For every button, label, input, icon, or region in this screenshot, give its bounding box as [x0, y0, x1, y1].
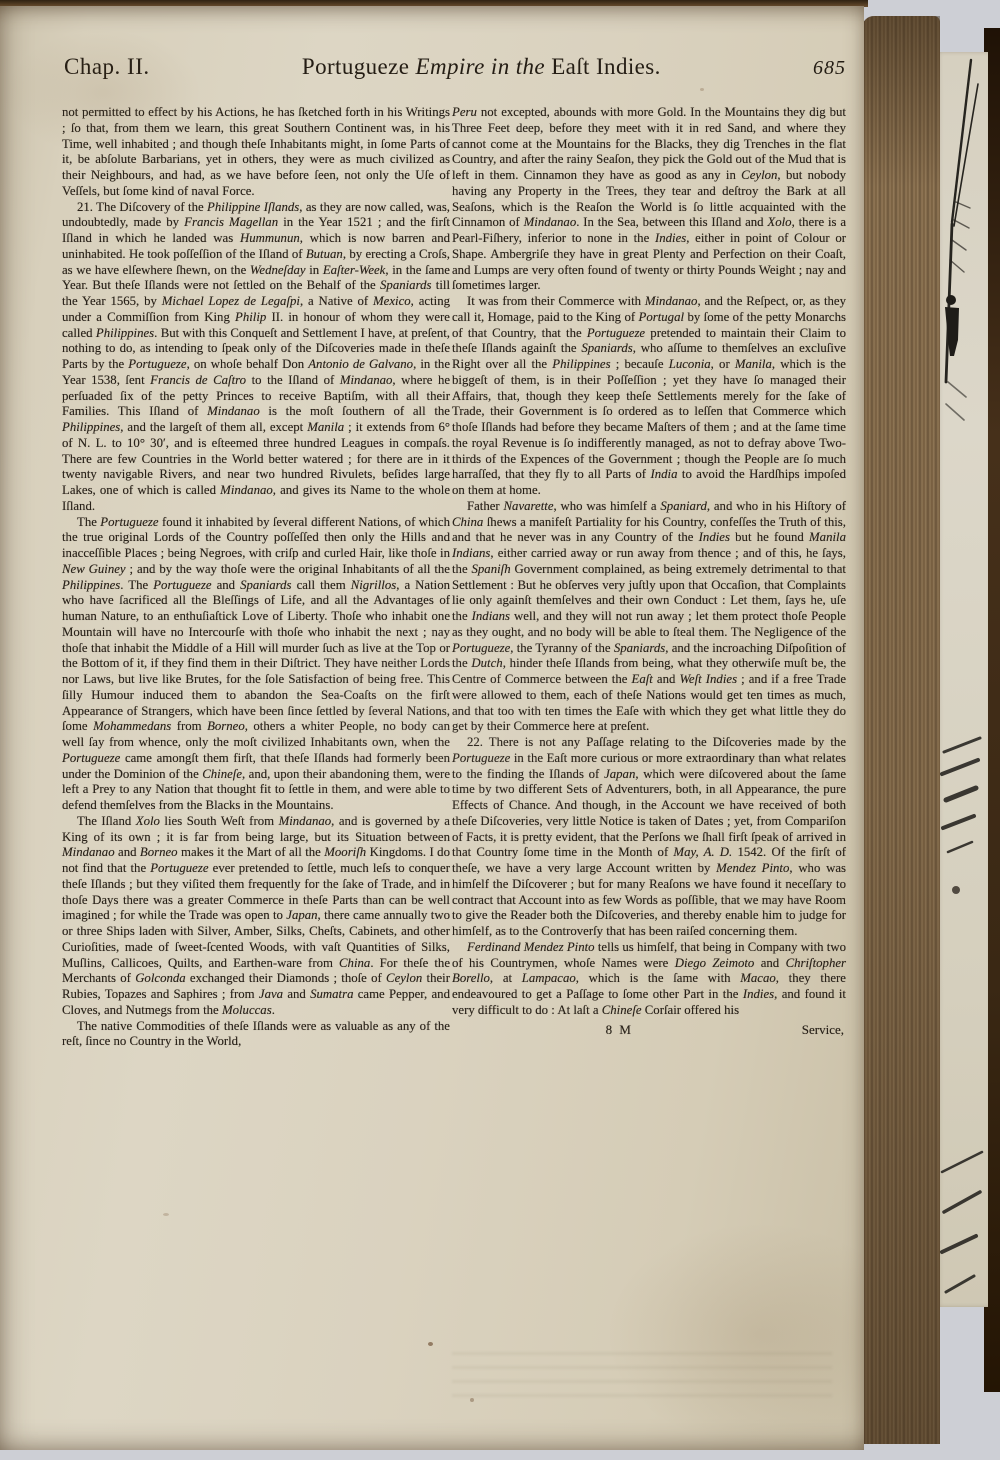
body-text: . In the Sea, between this Iſland and: [576, 215, 767, 229]
italic-text: Japan: [286, 908, 317, 922]
body-text: , or: [711, 357, 735, 371]
italic-text: Mindanao: [220, 483, 273, 497]
page-title-roman: Portugueze: [302, 54, 416, 79]
body-text: , which is the ſame with: [576, 971, 740, 985]
italic-text: Mindanao: [207, 404, 260, 418]
paragraph: The Iſland Xolo lies South Weſt from Min…: [62, 814, 450, 1019]
paragraph: not permitted to effect by his Actions, …: [62, 105, 450, 200]
italic-text: Ferdinand Mendez Pinto: [467, 940, 595, 954]
italic-text: Eaſter-Week: [323, 263, 386, 277]
book-page: Chap. II. Portugueze Empire in the Eaſt …: [0, 6, 864, 1450]
body-text: , who was himſelf a: [554, 499, 661, 513]
body-text: Father: [467, 499, 504, 513]
body-text: but he found: [730, 530, 809, 544]
italic-text: Portugueze: [150, 861, 208, 875]
engraving-sketch: [936, 52, 988, 1307]
italic-text: Spaniſh: [472, 562, 511, 576]
italic-text: Portugueze: [128, 357, 186, 371]
body-text: ; becauſe: [611, 357, 669, 371]
hatching-marks: [942, 738, 982, 1292]
italic-text: Philippines: [96, 326, 154, 340]
italic-text: Philippines: [62, 578, 120, 592]
italic-text: Weſt Indies: [679, 672, 737, 686]
body-text: , the Tyranny of the: [510, 641, 614, 655]
fore-edge-page-stack: [862, 16, 940, 1444]
italic-text: May, A. D.: [673, 845, 732, 859]
text-column-right: Peru not excepted, abounds with more Gol…: [452, 105, 846, 1042]
body-text: in: [306, 263, 323, 277]
italic-text: Portugueze: [587, 326, 645, 340]
italic-text: Moluccas: [222, 1003, 272, 1017]
italic-text: Golconda: [135, 971, 185, 985]
body-text: The: [77, 515, 100, 529]
paragraph: Peru not excepted, abounds with more Gol…: [452, 105, 846, 294]
italic-text: Luconia: [669, 357, 711, 371]
body-text: lies South Weſt from: [160, 814, 279, 828]
italic-text: Francis Magellan: [184, 215, 278, 229]
italic-text: Mendez Pinto: [716, 861, 789, 875]
body-text: and: [653, 672, 680, 686]
body-text: not permitted to effect by his Actions, …: [62, 105, 450, 198]
folded-plate-engraving: [936, 52, 988, 1307]
paragraph: Ferdinand Mendez Pinto tells us himſelf,…: [452, 940, 846, 1019]
paragraph: Father Navarette, who was himſelf a Span…: [452, 499, 846, 735]
italic-text: Mohammedans: [93, 719, 171, 733]
body-text: .: [272, 1003, 275, 1017]
body-text: , a Native of: [300, 294, 373, 308]
italic-text: Philippine Iſlands: [207, 200, 299, 214]
body-text: and: [212, 578, 241, 592]
running-header: Chap. II. Portugueze Empire in the Eaſt …: [64, 54, 846, 80]
italic-text: Spaniards: [380, 278, 431, 292]
italic-text: Portugueze: [452, 641, 510, 655]
italic-text: Mindanao: [645, 294, 698, 308]
italic-text: Mooriſh: [324, 845, 366, 859]
italic-text: Eaſt: [632, 672, 653, 686]
italic-text: Borneo: [207, 719, 245, 733]
italic-text: New Guiney: [62, 562, 126, 576]
body-text: and: [283, 987, 310, 1001]
italic-text: Portugal: [639, 310, 685, 324]
photographed-book: Chap. II. Portugueze Empire in the Eaſt …: [0, 0, 1000, 1460]
paragraph: The native Commodities of theſe Iſlands …: [62, 1019, 450, 1051]
italic-text: Indies: [699, 530, 730, 544]
italic-text: Butuan: [306, 247, 343, 261]
italic-text: Chineſe: [202, 767, 242, 781]
body-text: , and who in his Hiſtory of: [707, 499, 846, 513]
body-text: , on whoſe behalf Don: [187, 357, 309, 371]
body-text: Corſair offered his: [642, 1003, 740, 1017]
body-text: and: [754, 956, 785, 970]
body-text: to the Iſland of: [246, 373, 340, 387]
italic-text: Diego Zeimoto: [675, 956, 755, 970]
italic-text: Mexico: [373, 294, 411, 308]
italic-text: Spaniards: [240, 578, 291, 592]
italic-text: Portugueze: [153, 578, 211, 592]
italic-text: Java: [259, 987, 283, 1001]
italic-text: Ceylon: [386, 971, 422, 985]
body-text: The native Commodities of theſe Iſlands …: [62, 1019, 450, 1049]
italic-text: Borneo: [140, 845, 178, 859]
paragraph: It was from their Commerce with Mindanao…: [452, 294, 846, 499]
italic-text: Indies: [655, 231, 686, 245]
body-text: 21. The Diſcovery of the: [77, 200, 207, 214]
italic-text: Indians: [472, 609, 510, 623]
body-text: exchanged their Diamonds ; thoſe of: [186, 971, 386, 985]
page-title-roman-2: Eaſt Indies.: [551, 54, 661, 79]
italic-text: Portugueze: [62, 751, 120, 765]
italic-text: China: [339, 956, 370, 970]
chapter-label: Chap. II.: [64, 54, 150, 80]
italic-text: Chineſe: [602, 1003, 642, 1017]
body-text: , a Nation who have ſacrificed all the B…: [62, 578, 450, 734]
italic-text: Indies: [743, 987, 774, 1001]
page-title-italic: Empire in the: [416, 54, 552, 79]
italic-text: Dutch: [471, 656, 502, 670]
text-column-left: not permitted to effect by his Actions, …: [62, 105, 450, 1050]
body-text: , at: [490, 971, 522, 985]
page-number: 685: [813, 57, 846, 80]
paragraph: 21. The Diſcovery of the Philippine Iſla…: [62, 200, 450, 515]
italic-text: Lampacao: [522, 971, 576, 985]
body-text: 22. There is not any Paſſage relating to…: [467, 735, 846, 749]
body-text: ; and by the way thoſe were the original…: [126, 562, 450, 576]
italic-text: Spaniards: [581, 341, 632, 355]
italic-text: Xolo: [767, 215, 791, 229]
italic-text: Spaniards: [614, 641, 665, 655]
italic-text: Peru: [452, 105, 477, 119]
body-text: and: [115, 845, 140, 859]
italic-text: Philip: [235, 310, 266, 324]
italic-text: Japan: [604, 767, 635, 781]
footer-row: 8 MService,: [452, 1022, 846, 1042]
italic-text: Xolo: [136, 814, 160, 828]
body-text: The Iſland: [77, 814, 136, 828]
italic-text: Nigrillos: [351, 578, 397, 592]
paragraph: The Portugueze found it inhabited by ſev…: [62, 515, 450, 814]
italic-text: Mindanao: [340, 373, 393, 387]
italic-text: Mindanao: [279, 814, 332, 828]
body-text: . The: [120, 578, 153, 592]
italic-text: Michael Lopez de Legaſpi: [162, 294, 300, 308]
paragraph: 22. There is not any Paſſage relating to…: [452, 735, 846, 940]
italic-text: Navarette: [504, 499, 554, 513]
body-text: call them: [292, 578, 351, 592]
italic-text: Francis de Caſtro: [150, 373, 246, 387]
catchword: Service,: [802, 1022, 844, 1038]
body-text: It was from their Commerce with: [467, 294, 645, 308]
body-text: makes it the Mart of all the: [178, 845, 325, 859]
italic-text: Spaniard: [660, 499, 706, 513]
page-title: Portugueze Empire in the Eaſt Indies.: [150, 54, 813, 80]
italic-text: Hummunun: [240, 231, 300, 245]
italic-text: Sumatra: [310, 987, 353, 1001]
italic-text: Antonio de Galvano: [308, 357, 413, 371]
italic-text: India: [650, 467, 677, 481]
body-text: well, and they will not run away ; let t…: [452, 609, 846, 639]
italic-text: Ceylon: [741, 168, 777, 182]
body-text: , which is the biggeſt of them, is in th…: [452, 357, 846, 481]
italic-text: Mindanao: [62, 845, 115, 859]
body-text: , and the largeſt of them all, except: [120, 420, 307, 434]
italic-text: Portugueze: [100, 515, 158, 529]
italic-text: Manila: [735, 357, 772, 371]
italic-text: Philippines: [552, 357, 610, 371]
italic-text: Philippines: [62, 420, 120, 434]
body-text: from: [171, 719, 207, 733]
body-text: is the moſt ſouthern of all the: [260, 404, 450, 418]
italic-text: Macao: [740, 971, 776, 985]
italic-text: Wedneſday: [250, 263, 306, 277]
italic-text: Mindanao: [524, 215, 577, 229]
italic-text: Manila: [307, 420, 344, 434]
italic-text: Portugueze: [452, 751, 510, 765]
italic-text: China: [452, 515, 483, 529]
signature-mark: 8 M: [606, 1022, 633, 1038]
